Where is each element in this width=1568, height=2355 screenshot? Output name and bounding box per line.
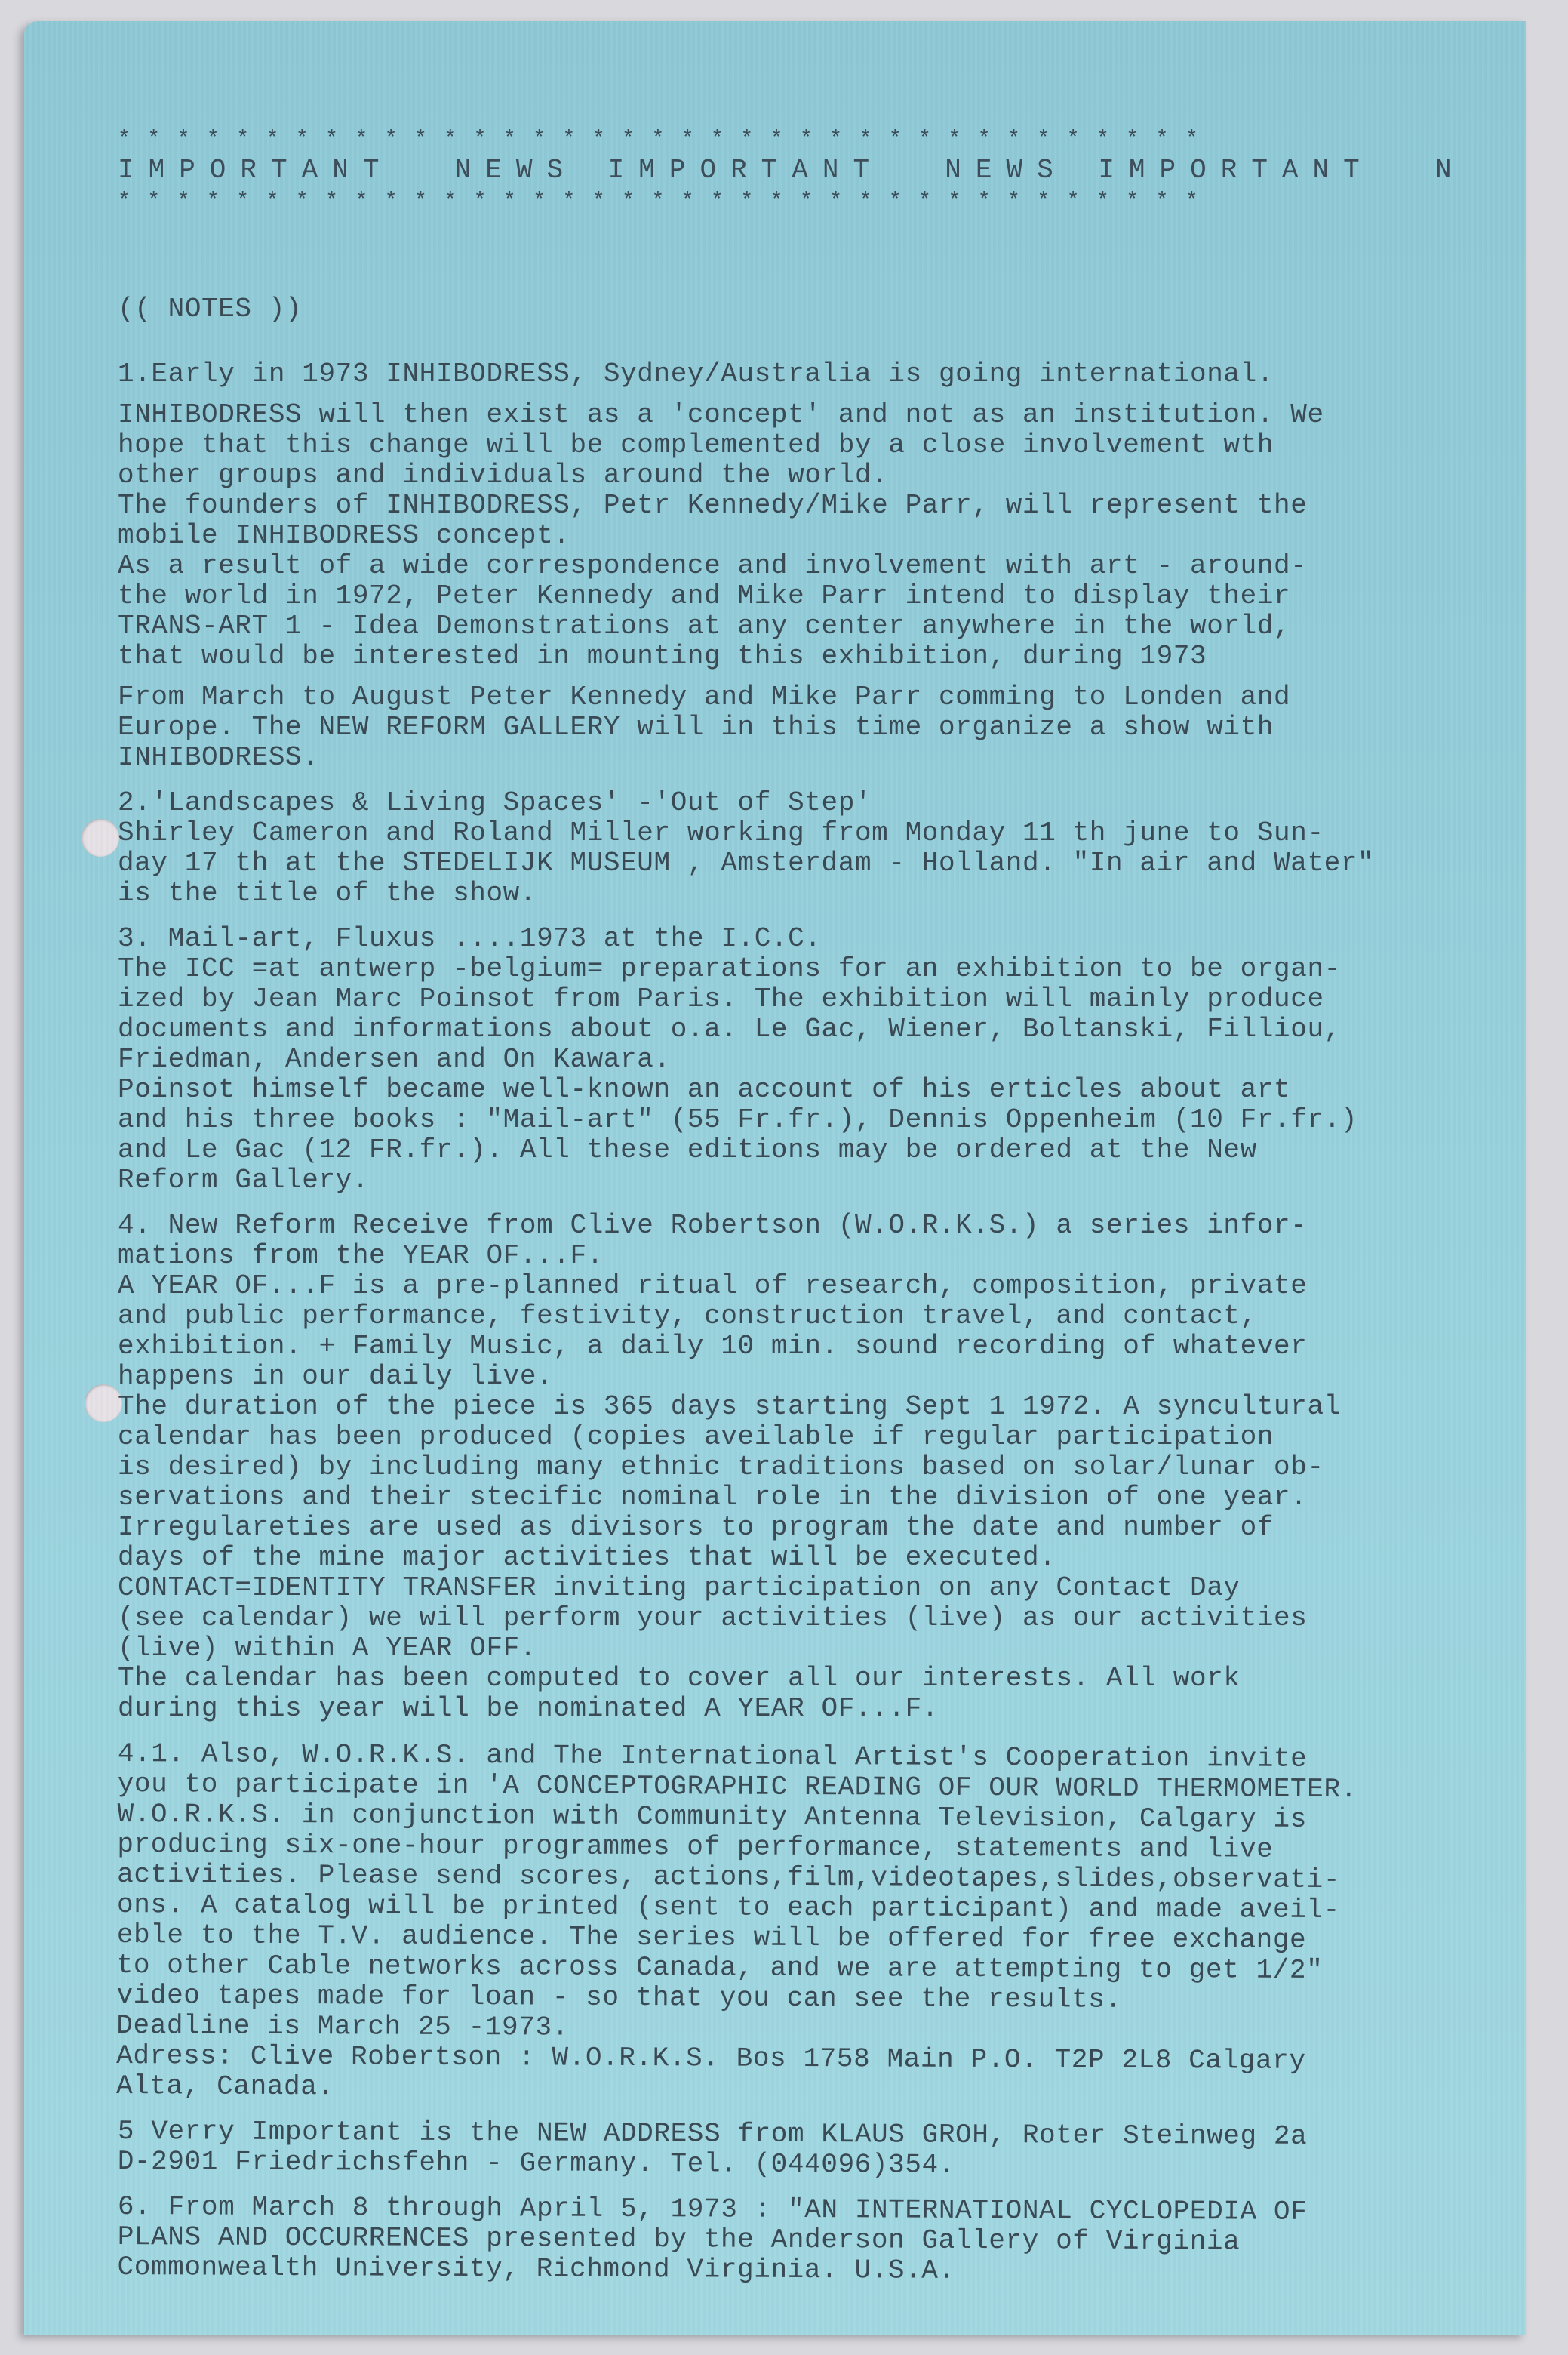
text-line: A YEAR OF...F is a pre-planned ritual of… bbox=[118, 1271, 1506, 1301]
punch-hole bbox=[85, 1384, 122, 1422]
text-line: ized by Jean Marc Poinsot from Paris. Th… bbox=[118, 984, 1506, 1014]
text-line: Friedman, Andersen and On Kawara. bbox=[118, 1045, 1506, 1075]
note-paragraph: 4.1. Also, W.O.R.K.S. and The Internatio… bbox=[116, 1739, 1506, 2107]
banner-title: IMPORTANT NEWS IMPORTANT NEWS IMPORTANT … bbox=[118, 154, 1506, 187]
text-line: Alta, Canada. bbox=[116, 2071, 1505, 2107]
text-line: Irregulareties are used as divisors to p… bbox=[118, 1513, 1506, 1543]
text-line: Commonwealth University, Richmond Virgin… bbox=[117, 2252, 1505, 2289]
text-line: calendar has been produced (copies aveil… bbox=[118, 1422, 1506, 1452]
text-line: 3. Mail-art, Fluxus ....1973 at the I.C.… bbox=[118, 924, 1506, 954]
text-line: hope that this change will be complement… bbox=[118, 430, 1506, 460]
text-line: and public performance, festivity, const… bbox=[118, 1301, 1506, 1331]
text-line: that would be interested in mounting thi… bbox=[118, 642, 1506, 672]
text-line: mations from the YEAR OF...F. bbox=[118, 1241, 1506, 1271]
note-paragraph: 5 Verry Important is the NEW ADDRESS fro… bbox=[118, 2116, 1506, 2183]
asterisk-border-top: ************************************* bbox=[118, 128, 1506, 151]
text-line: other groups and individuals around the … bbox=[118, 460, 1506, 491]
text-line: servations and their stecific nominal ro… bbox=[118, 1482, 1506, 1513]
text-line: 2.'Landscapes & Living Spaces' -'Out of … bbox=[118, 788, 1506, 818]
text-line: and his three books : "Mail-art" (55 Fr.… bbox=[118, 1105, 1506, 1135]
paragraph-gap bbox=[118, 389, 1506, 400]
text-line: INHIBODRESS. bbox=[118, 743, 1506, 773]
notes-list: 1.Early in 1973 INHIBODRESS, Sydney/Aust… bbox=[118, 359, 1506, 2283]
note-section-4-1: 4.1. Also, W.O.R.K.S. and The Internatio… bbox=[116, 1739, 1506, 2107]
text-line: Poinsot himself became well-known an acc… bbox=[118, 1075, 1506, 1105]
note-paragraph: From March to August Peter Kennedy and M… bbox=[118, 682, 1506, 773]
note-paragraph: 2.'Landscapes & Living Spaces' -'Out of … bbox=[118, 788, 1506, 909]
text-line: INHIBODRESS will then exist as a 'concep… bbox=[118, 400, 1506, 430]
note-paragraph: 6. From March 8 through April 5, 1973 : … bbox=[117, 2192, 1506, 2289]
text-line: is the title of the show. bbox=[118, 879, 1506, 909]
text-line: D-2901 Friedrichsfehn - Germany. Tel. (0… bbox=[118, 2147, 1506, 2183]
note-section-4: 4. New Reform Receive from Clive Roberts… bbox=[118, 1211, 1506, 1724]
text-line: The founders of INHIBODRESS, Petr Kenned… bbox=[118, 491, 1506, 521]
text-line: As a result of a wide correspondence and… bbox=[118, 551, 1506, 581]
note-section-1: 1.Early in 1973 INHIBODRESS, Sydney/Aust… bbox=[118, 359, 1506, 773]
note-paragraph: 3. Mail-art, Fluxus ....1973 at the I.C.… bbox=[118, 924, 1506, 1196]
text-line: (see calendar) we will perform your acti… bbox=[118, 1603, 1506, 1633]
note-section-2: 2.'Landscapes & Living Spaces' -'Out of … bbox=[118, 788, 1506, 909]
note-section-5: 5 Verry Important is the NEW ADDRESS fro… bbox=[118, 2116, 1506, 2183]
text-line: exhibition. + Family Music, a daily 10 m… bbox=[118, 1331, 1506, 1362]
note-paragraph: 4. New Reform Receive from Clive Roberts… bbox=[118, 1211, 1506, 1724]
punch-hole bbox=[81, 819, 119, 857]
text-line: 1.Early in 1973 INHIBODRESS, Sydney/Aust… bbox=[118, 359, 1506, 389]
important-news-banner: ************************************* IM… bbox=[118, 128, 1506, 213]
note-paragraph: INHIBODRESS will then exist as a 'concep… bbox=[118, 400, 1506, 672]
text-line: From March to August Peter Kennedy and M… bbox=[118, 682, 1506, 713]
note-section-6: 6. From March 8 through April 5, 1973 : … bbox=[117, 2192, 1506, 2289]
note-paragraph: 1.Early in 1973 INHIBODRESS, Sydney/Aust… bbox=[118, 359, 1506, 389]
text-line: days of the mine major activities that w… bbox=[118, 1543, 1506, 1573]
text-line: 4. New Reform Receive from Clive Roberts… bbox=[118, 1211, 1506, 1241]
text-line: during this year will be nominated A YEA… bbox=[118, 1694, 1506, 1724]
notes-heading: (( NOTES )) bbox=[118, 294, 1506, 325]
paragraph-gap bbox=[118, 672, 1506, 682]
text-line: mobile INHIBODRESS concept. bbox=[118, 521, 1506, 551]
text-line: Shirley Cameron and Roland Miller workin… bbox=[118, 818, 1506, 848]
text-line: TRANS-ART 1 - Idea Demonstrations at any… bbox=[118, 611, 1506, 642]
text-line: is desired) by including many ethnic tra… bbox=[118, 1452, 1506, 1482]
text-line: happens in our daily live. bbox=[118, 1362, 1506, 1392]
text-line: the world in 1972, Peter Kennedy and Mik… bbox=[118, 581, 1506, 611]
text-line: The calendar has been computed to cover … bbox=[118, 1664, 1506, 1694]
document-body: ************************************* IM… bbox=[118, 128, 1506, 2298]
text-line: CONTACT=IDENTITY TRANSFER inviting parti… bbox=[118, 1573, 1506, 1603]
text-line: The ICC =at antwerp -belgium= preparatio… bbox=[118, 954, 1506, 984]
text-line: day 17 th at the STEDELIJK MUSEUM , Amst… bbox=[118, 848, 1506, 879]
asterisk-border-bottom: ************************************* bbox=[118, 190, 1506, 213]
text-line: Europe. The NEW REFORM GALLERY will in t… bbox=[118, 713, 1506, 743]
note-section-3: 3. Mail-art, Fluxus ....1973 at the I.C.… bbox=[118, 924, 1506, 1196]
text-line: (live) within A YEAR OFF. bbox=[118, 1633, 1506, 1664]
text-line: The duration of the piece is 365 days st… bbox=[118, 1392, 1506, 1422]
text-line: Reform Gallery. bbox=[118, 1165, 1506, 1196]
text-line: documents and informations about o.a. Le… bbox=[118, 1014, 1506, 1045]
text-line: and Le Gac (12 FR.fr.). All these editio… bbox=[118, 1135, 1506, 1165]
